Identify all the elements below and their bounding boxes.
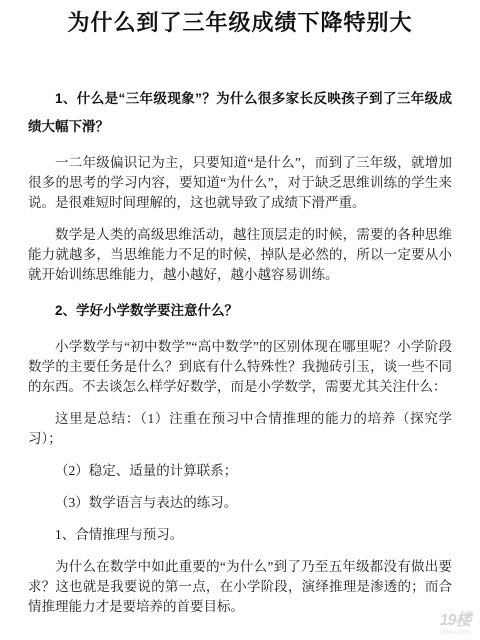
document-page: 为什么到了三年级成绩下降特别大 1、什么是“三年级现象”？为什么很多家长反映孩子… [0,0,480,640]
article-list-item: （3）数学语言与表达的练习。 [28,493,452,513]
article-paragraph: 小学数学与“初中数学”“高中数学”的区别体现在哪里呢？小学阶段数学的主要任务是什… [28,337,452,397]
article-paragraph: 一二年级偏识记为主，只要知道“是什么”，而到了三年级，就增加很多的思考的学习内容… [28,153,452,213]
article-subheading: 1、合情推理与预习。 [28,525,452,545]
section-heading-2: 2、学好小学数学要注意什么？ [28,297,452,325]
article-list-item: （2）稳定、适量的计算联系； [28,461,452,481]
article-body: 1、什么是“三年级现象”？为什么很多家长反映孩子到了三年级成绩大幅下滑？ 一二年… [0,85,480,617]
article-paragraph: 这里是总结：（1）注重在预习中合情推理的能力的培养（探究学习）； [28,409,452,449]
article-paragraph: 数学是人类的高级思维活动，越往顶层走的时候，需要的各种思维能力就越多，当思维能力… [28,225,452,285]
page-title: 为什么到了三年级成绩下降特别大 [0,8,480,38]
19lou-logo-icon: 19楼 [433,613,477,629]
article-paragraph: 为什么在数学中如此重要的“为什么”到了乃至五年级都没有做出要求？这也就是我要说的… [28,557,452,617]
watermark-19lou: 19楼 19lou.com [433,613,477,637]
section-heading-1: 1、什么是“三年级现象”？为什么很多家长反映孩子到了三年级成绩大幅下滑？ [28,85,452,141]
watermark-domain-text: 19lou.com [433,629,477,637]
